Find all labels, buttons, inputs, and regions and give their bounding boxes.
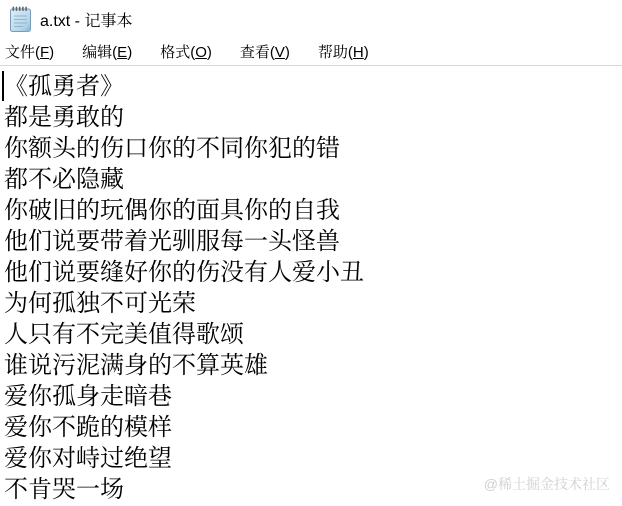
menu-file[interactable]: 文件(F) [0, 41, 59, 62]
text-line: 爱你对峙过绝望 [4, 443, 617, 474]
text-line: 爱你孤身走暗巷 [4, 381, 617, 412]
text-line: 他们说要带着光驯服每一头怪兽 [4, 226, 617, 257]
title-bar[interactable]: a.txt - 记事本 [0, 0, 622, 38]
text-caret [2, 71, 4, 101]
text-line: 人只有不完美值得歌颂 [4, 319, 617, 350]
text-line: 你额头的伤口你的不同你犯的错 [4, 133, 617, 164]
text-editor-area[interactable]: 《孤勇者》 都是勇敢的 你额头的伤口你的不同你犯的错 都不必隐藏 你破旧的玩偶你… [0, 66, 622, 505]
menu-help[interactable]: 帮助(H) [313, 41, 374, 62]
menu-view[interactable]: 查看(V) [235, 41, 295, 62]
text-line: 他们说要缝好你的伤没有人爱小丑 [4, 257, 617, 288]
text-line: 《孤勇者》 [4, 71, 617, 102]
text-line: 谁说污泥满身的不算英雄 [4, 350, 617, 381]
menu-bar: 文件(F) 编辑(E) 格式(O) 查看(V) 帮助(H) [0, 38, 622, 66]
notepad-icon[interactable] [8, 6, 33, 33]
window-title: a.txt - 记事本 [40, 8, 132, 31]
text-line: 都是勇敢的 [4, 102, 617, 133]
text-line: 为何孤独不可光荣 [4, 288, 617, 319]
text-line: 你破旧的玩偶你的面具你的自我 [4, 195, 617, 226]
menu-edit[interactable]: 编辑(E) [77, 41, 137, 62]
notepad-window: a.txt - 记事本 文件(F) 编辑(E) 格式(O) 查看(V) 帮助(H… [0, 0, 622, 506]
menu-format[interactable]: 格式(O) [155, 41, 217, 62]
text-line: 爱你不跪的模样 [4, 412, 617, 443]
text-line: 都不必隐藏 [4, 164, 617, 195]
text-line: 不肯哭一场 [4, 474, 617, 505]
